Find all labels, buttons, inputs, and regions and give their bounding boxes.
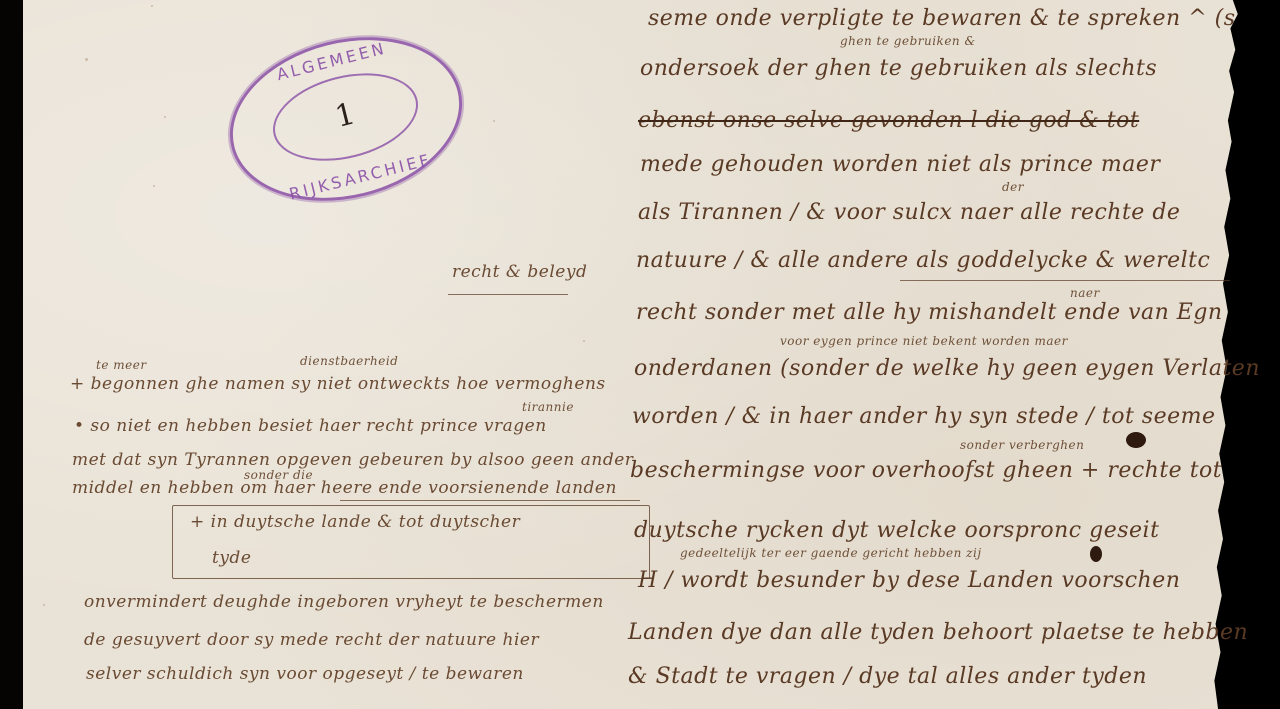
main-text-line: duytsche rycken dyt welcke oorspronc ges… (634, 518, 1159, 543)
document-viewport: ALGEMEEN 1 RIJKSARCHIEF seme onde verpli… (0, 0, 1280, 709)
margin-text-line: • so niet en hebben besiet haer recht pr… (74, 416, 547, 436)
main-text-line: H / wordt besunder by dese Landen voorsc… (638, 568, 1180, 593)
margin-text-line: met dat syn Tyrannen opgeven gebeuren by… (72, 450, 633, 470)
interlinear-note: te meer (96, 358, 147, 372)
paper-speckle (85, 58, 88, 61)
main-text-line: beschermingse voor overhoofst gheen + re… (630, 458, 1222, 483)
main-text-line: natuure / & alle andere als goddelycke &… (636, 248, 1210, 273)
margin-text-line: + begonnen ghe namen sy niet ontweckts h… (70, 374, 606, 394)
margin-text-line: middel en hebben om haer heere ende voor… (72, 478, 617, 498)
interlinear-note: tirannie (522, 400, 574, 414)
main-text-line: als Tirannen / & voor sulcx naer alle re… (638, 200, 1180, 225)
interlinear-note: naer (1070, 286, 1100, 300)
main-text-line: worden / & in haer ander hy syn stede / … (632, 404, 1216, 429)
text-underline (900, 280, 1230, 281)
paper-speckle (493, 120, 495, 122)
text-underline (448, 294, 568, 295)
paper-speckle (43, 604, 45, 606)
interlinear-note: sonder verberghen (960, 438, 1084, 452)
paper-speckle (153, 185, 155, 187)
main-text-line: seme onde verpligte te bewaren & te spre… (648, 6, 1236, 31)
main-text-line: & Stadt te vragen / dye tal alles ander … (628, 664, 1147, 689)
paper-speckle (583, 340, 585, 342)
ink-blot (1126, 432, 1146, 448)
boxed-note-line: + in duytsche lande & tot duytscher (190, 512, 520, 532)
main-text-line: ebenst onse selve gevonden l die god & t… (638, 108, 1139, 133)
margin-text-line: onvermindert deughde ingeboren vryheyt t… (84, 592, 604, 612)
interlinear-note: ghen te gebruiken & (840, 34, 976, 48)
text-underline (340, 500, 640, 501)
paper-speckle (151, 5, 153, 7)
boxed-note-line: tyde (212, 548, 251, 568)
main-text-line: ondersoek der ghen te gebruiken als slec… (640, 56, 1157, 81)
margin-text-line: selver schuldich syn voor opgeseyt / te … (86, 664, 524, 684)
ink-blot (1090, 546, 1102, 562)
interlinear-note: gedeeltelijk ter eer gaende gericht hebb… (680, 546, 982, 560)
paper-speckle (164, 116, 166, 118)
main-text-line: mede gehouden worden niet als prince mae… (640, 152, 1160, 177)
main-text-line: Landen dye dan alle tyden behoort plaets… (628, 620, 1248, 645)
interlinear-note: dienstbaerheid (300, 354, 398, 368)
main-text-line: onderdanen (sonder de welke hy geen eyge… (634, 356, 1260, 381)
margin-text-line: de gesuyvert door sy mede recht der natu… (84, 630, 539, 650)
main-text-line: recht sonder met alle hy mishandelt ende… (636, 300, 1223, 325)
side-note: recht & beleyd (452, 262, 587, 282)
interlinear-note: der (1002, 180, 1024, 194)
interlinear-note: voor eygen prince niet bekent worden mae… (780, 334, 1068, 348)
scan-border-left (0, 0, 23, 709)
